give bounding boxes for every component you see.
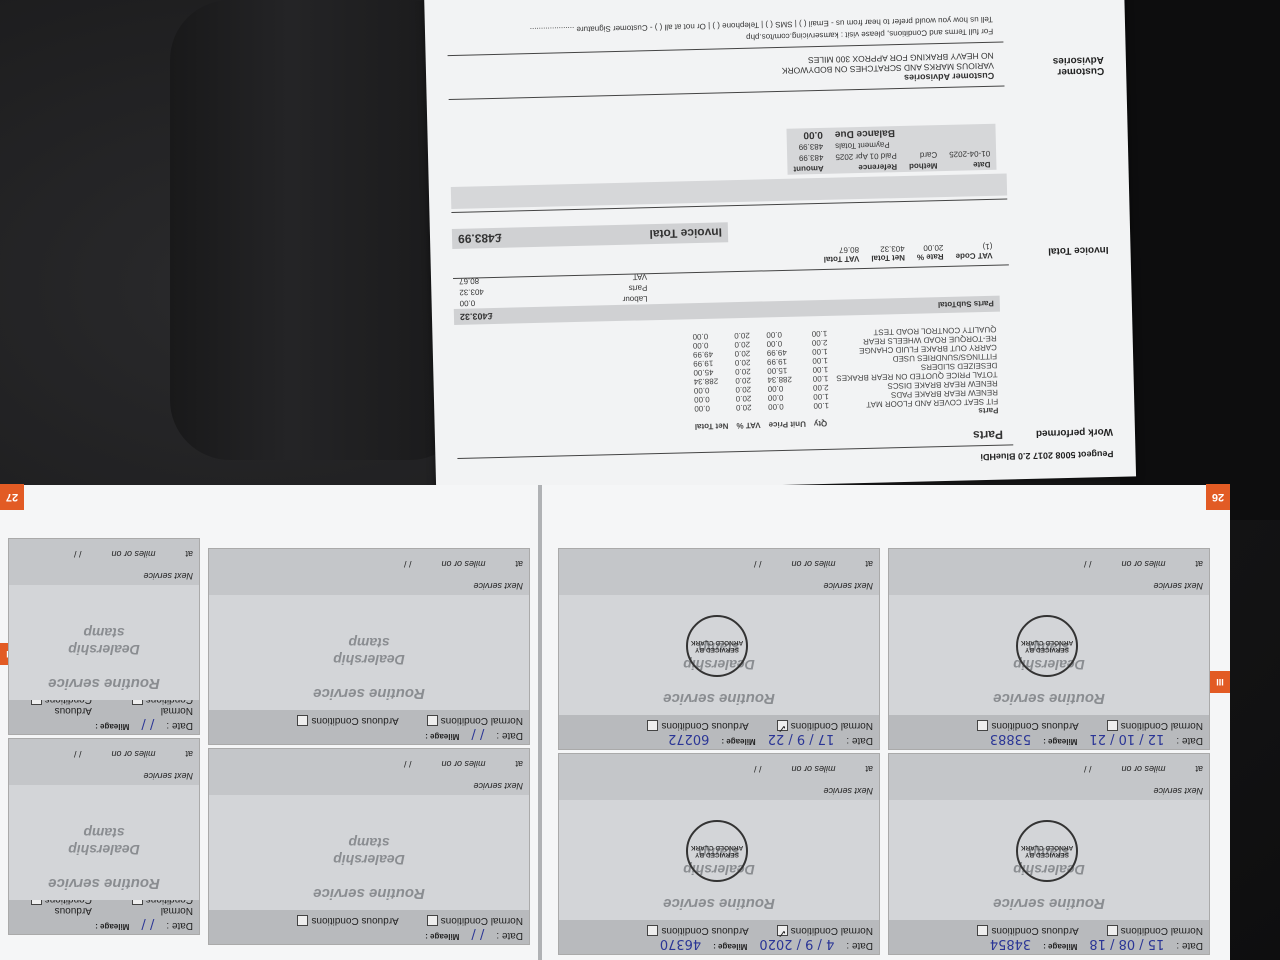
date-field[interactable]: / / bbox=[141, 716, 154, 731]
parts-cell-vat: 20.0 bbox=[731, 366, 763, 376]
record-date-mileage-line: Date :/ /Mileage : bbox=[215, 926, 523, 941]
date-label: Date : bbox=[496, 926, 523, 941]
payment-col-header: Date bbox=[943, 159, 996, 171]
arduous-conditions: Arduous Conditions bbox=[647, 925, 748, 936]
record-header: Date :4 / 9 / 2020Mileage :46370Normal C… bbox=[559, 920, 879, 954]
record-date-mileage-line: Date :15 / 08 / 18Mileage :34854 bbox=[895, 936, 1203, 951]
normal-conditions-label: Normal Conditions bbox=[791, 720, 873, 731]
parts-subtotal: £403.32 bbox=[460, 311, 493, 322]
next-service-area: Next serviceatmiles or on/ / bbox=[889, 754, 1209, 800]
dealer-stamp: SERVICED BY ARNOLD CLARK bbox=[686, 820, 748, 882]
miles-or-on-label: miles or on bbox=[791, 559, 835, 569]
routine-service-label: Routine service bbox=[209, 685, 529, 702]
dealer-stamp: SERVICED BY ARNOLD CLARK bbox=[686, 615, 748, 677]
stamp-area: Routine serviceDealershipstampSERVICED B… bbox=[889, 595, 1209, 715]
normal-conditions: Normal Conditions bbox=[427, 715, 523, 726]
next-date-slashes: / / bbox=[754, 764, 762, 774]
next-service-line: atmiles or on/ / bbox=[754, 764, 873, 774]
parts-label: Parts bbox=[629, 283, 648, 292]
arduous-conditions-checkbox[interactable] bbox=[297, 915, 308, 926]
invoice-total: £483.99 bbox=[458, 231, 502, 246]
payment-col-header: Reference bbox=[830, 161, 904, 174]
vat-cell: 20.00 bbox=[911, 243, 950, 253]
seat-bolster bbox=[1120, 0, 1280, 520]
stamp-line-1: Dealership bbox=[209, 651, 529, 668]
dealership-stamp-label: Dealershipstamp bbox=[209, 834, 529, 868]
date-label: Date : bbox=[496, 726, 523, 741]
normal-conditions-checkbox[interactable] bbox=[427, 915, 438, 926]
conditions-line: Normal ConditionsArduous Conditions bbox=[565, 720, 873, 731]
stamp-line-2: stamp bbox=[209, 634, 529, 651]
next-service-area: Next serviceatmiles or on/ / bbox=[209, 749, 529, 795]
vat-cell: 80.67 bbox=[817, 245, 865, 255]
parts-cell-vat: 20.0 bbox=[731, 375, 763, 385]
arduous-conditions-label: Arduous Conditions bbox=[991, 720, 1078, 731]
invoice-total-box: Invoice Total £483.99 bbox=[452, 222, 728, 249]
section-marker: III bbox=[1210, 671, 1230, 693]
vat-cell: 403.32 bbox=[865, 244, 911, 254]
date-label: Date : bbox=[1176, 936, 1203, 951]
record-date-mileage-line: Date :/ /Mileage : bbox=[215, 726, 523, 741]
vat-col-header: VAT Total bbox=[818, 254, 866, 264]
normal-conditions-checkbox[interactable] bbox=[1107, 720, 1118, 731]
parts-cell-unit: 19.99 bbox=[763, 356, 809, 366]
routine-service-label: Routine service bbox=[209, 885, 529, 902]
normal-conditions-label: Normal Conditions bbox=[791, 925, 873, 936]
parts-cell-qty: 1.00 bbox=[809, 392, 833, 402]
normal-conditions: Normal Conditions bbox=[777, 925, 873, 936]
parts-cell-qty: 1.00 bbox=[808, 347, 832, 357]
labour-label: Labour bbox=[623, 294, 648, 304]
parts-cell-vat: 20.0 bbox=[731, 357, 763, 367]
record-date-mileage-line: Date :12 / 10 / 21Mileage :53883 bbox=[895, 731, 1203, 746]
miles-or-on-label: miles or on bbox=[1121, 559, 1165, 569]
arduous-conditions-checkbox[interactable] bbox=[297, 715, 308, 726]
mileage-label: Mileage : bbox=[721, 731, 755, 746]
record-header: Date :12 / 10 / 21Mileage :53883Normal C… bbox=[889, 715, 1209, 749]
next-service-label: Next service bbox=[823, 786, 873, 796]
parts-cell-qty: 1.00 bbox=[808, 365, 832, 375]
record-date-mileage-line: Date :4 / 9 / 2020Mileage :46370 bbox=[565, 936, 873, 951]
stamp-line-1: Dealership bbox=[9, 641, 199, 658]
routine-service-label: Routine service bbox=[9, 675, 199, 692]
normal-conditions-checkbox[interactable] bbox=[777, 925, 788, 936]
mileage-label: Mileage : bbox=[95, 716, 129, 731]
at-label: at bbox=[865, 764, 873, 774]
next-service-area: Next serviceatmiles or on/ / bbox=[559, 754, 879, 800]
payment-col-header: Amount bbox=[787, 163, 829, 175]
parts-cell-unit: 0.00 bbox=[762, 329, 808, 339]
next-service-label: Next service bbox=[473, 781, 523, 791]
arduous-conditions-checkbox[interactable] bbox=[977, 720, 988, 731]
stamp-area: Routine serviceDealershipstampSERVICED B… bbox=[559, 800, 879, 920]
next-date-slashes: / / bbox=[1084, 559, 1092, 569]
next-service-line: atmiles or on/ / bbox=[404, 759, 523, 769]
stamp-area: Routine serviceDealershipstampSERVICED B… bbox=[559, 595, 879, 715]
next-service-area: Next serviceatmiles or on/ / bbox=[9, 539, 199, 585]
normal-conditions-checkbox[interactable] bbox=[777, 720, 788, 731]
normal-conditions-label: Normal Conditions bbox=[1121, 720, 1203, 731]
stamp-line-2: stamp bbox=[9, 624, 199, 641]
payment-cell: Card bbox=[903, 149, 944, 161]
normal-conditions: Normal Conditions bbox=[777, 720, 873, 731]
next-service-label: Next service bbox=[1153, 786, 1203, 796]
parts-cell-unit: 0.00 bbox=[764, 383, 810, 393]
record-header: Date :17 / 9 / 22Mileage :60272Normal Co… bbox=[559, 715, 879, 749]
parts-cell-unit: 288.34 bbox=[763, 374, 809, 384]
normal-conditions-label: Normal Conditions bbox=[441, 715, 523, 726]
arduous-conditions-label: Arduous Conditions bbox=[311, 915, 398, 926]
miles-or-on-label: miles or on bbox=[111, 549, 155, 559]
parts-cell-qty: 1.00 bbox=[809, 401, 833, 411]
normal-conditions-label: Normal Conditions bbox=[441, 915, 523, 926]
dealer-stamp: SERVICED BY ARNOLD CLARK bbox=[1016, 615, 1078, 677]
next-date-slashes: / / bbox=[1084, 764, 1092, 774]
service-invoice: Peugeot 5008 2017 2.0 BlueHDi Work perfo… bbox=[424, 0, 1136, 493]
arduous-conditions: Arduous Conditions bbox=[977, 720, 1078, 731]
dealership-stamp-label: Dealershipstamp bbox=[209, 634, 529, 668]
vat-table: VAT CodeRate %Net TotalVAT Total (1)20.0… bbox=[817, 242, 998, 264]
next-service-line: atmiles or on/ / bbox=[404, 559, 523, 569]
parts-cell-unit: 0.00 bbox=[764, 401, 810, 411]
parts-cell-vat: 20.0 bbox=[732, 393, 764, 403]
service-record-entry: Date :/ /Mileage :Normal ConditionsArduo… bbox=[208, 748, 530, 945]
next-service-area: Next serviceatmiles or on/ / bbox=[889, 549, 1209, 595]
date-label: Date : bbox=[166, 916, 193, 931]
parts-cell-unit: 0.00 bbox=[764, 392, 810, 402]
page-number-27: 27 bbox=[0, 484, 24, 510]
service-record-entry: Date :/ /Mileage :Normal ConditionsArduo… bbox=[8, 738, 200, 935]
record-date-mileage-line: Date :/ /Mileage : bbox=[15, 716, 193, 731]
next-service-area: Next serviceatmiles or on/ / bbox=[209, 549, 529, 595]
conditions-line: Normal ConditionsArduous Conditions bbox=[565, 925, 873, 936]
at-label: at bbox=[1195, 559, 1203, 569]
record-header: Date :/ /Mileage :Normal ConditionsArduo… bbox=[9, 900, 199, 934]
parts-cell-vat: 20.0 bbox=[731, 348, 763, 358]
service-record-entry: Date :12 / 10 / 21Mileage :53883Normal C… bbox=[888, 548, 1210, 750]
parts-cell-net: 19.99 bbox=[689, 358, 731, 368]
conditions-line: Normal ConditionsArduous Conditions bbox=[215, 915, 523, 926]
next-date-slashes: / / bbox=[754, 559, 762, 569]
page-number-26: 26 bbox=[1206, 484, 1230, 510]
next-service-area: Next serviceatmiles or on/ / bbox=[559, 549, 879, 595]
next-service-label: Next service bbox=[823, 581, 873, 591]
invoice-total-label: Invoice Total bbox=[649, 225, 722, 241]
parts-cell-net: 0.00 bbox=[690, 385, 732, 395]
stamp-area: Routine serviceDealershipstamp bbox=[209, 595, 529, 710]
date-field[interactable]: 15 / 08 / 18 bbox=[1089, 936, 1164, 951]
work-performed-label: Work performed bbox=[1023, 426, 1113, 439]
arduous-conditions: Arduous Conditions bbox=[297, 915, 398, 926]
dealership-stamp-label: Dealershipstamp bbox=[9, 824, 199, 858]
at-label: at bbox=[865, 559, 873, 569]
vat-col-header: Net Total bbox=[865, 253, 911, 263]
record-header: Date :/ /Mileage :Normal ConditionsArduo… bbox=[209, 710, 529, 744]
record-header: Date :15 / 08 / 18Mileage :34854Normal C… bbox=[889, 920, 1209, 954]
miles-or-on-label: miles or on bbox=[111, 749, 155, 759]
invoice-total-section-label: Invoice Total bbox=[1018, 244, 1108, 257]
stamp-area: Routine serviceDealershipstamp bbox=[9, 785, 199, 900]
mileage-field[interactable]: 46370 bbox=[660, 936, 701, 951]
record-date-mileage-line: Date :/ /Mileage : bbox=[15, 916, 193, 931]
service-record-book: 26 III SERVICE RECORD 27 III Date :15 / … bbox=[0, 465, 1230, 960]
parts-cell-net: 0.00 bbox=[690, 394, 732, 404]
service-record-entry: Date :17 / 9 / 22Mileage :60272Normal Co… bbox=[558, 548, 880, 750]
mileage-label: Mileage : bbox=[1043, 936, 1077, 951]
miles-or-on-label: miles or on bbox=[791, 764, 835, 774]
service-record-entry: Date :4 / 9 / 2020Mileage :46370Normal C… bbox=[558, 753, 880, 955]
date-field[interactable]: / / bbox=[141, 916, 154, 931]
parts-col-header: Net Total bbox=[691, 421, 733, 431]
at-label: at bbox=[1195, 764, 1203, 774]
arduous-conditions: Arduous Conditions bbox=[297, 715, 398, 726]
mileage-label: Mileage : bbox=[95, 916, 129, 931]
date-field[interactable]: / / bbox=[471, 926, 484, 941]
arduous-conditions-checkbox[interactable] bbox=[977, 925, 988, 936]
normal-conditions-checkbox[interactable] bbox=[427, 715, 438, 726]
parts-subtotal-label: Parts SubTotal bbox=[938, 299, 994, 309]
payment-cell: Paid 01 Apr 2025 bbox=[829, 150, 903, 163]
parts-cell-qty: 2.00 bbox=[809, 383, 833, 393]
next-date-slashes: / / bbox=[74, 549, 82, 559]
balance-due: 0.00 bbox=[786, 128, 829, 142]
next-service-label: Next service bbox=[143, 571, 193, 581]
advisories-block: Customer Advisories VARIOUS MARKS AND SC… bbox=[781, 51, 994, 86]
advisories-section-label: Customer Advisories bbox=[1014, 54, 1105, 78]
arduous-conditions: Arduous Conditions bbox=[977, 925, 1078, 936]
service-record-entry: Date :15 / 08 / 18Mileage :34854Normal C… bbox=[888, 753, 1210, 955]
next-date-slashes: / / bbox=[404, 759, 412, 769]
parts-cell-net: 0.00 bbox=[688, 331, 730, 341]
conditions-line: Normal ConditionsArduous Conditions bbox=[215, 715, 523, 726]
date-field[interactable]: 4 / 9 / 2020 bbox=[759, 936, 834, 951]
parts-heading: Parts bbox=[973, 428, 1003, 443]
mileage-label: Mileage : bbox=[425, 726, 459, 741]
arduous-conditions-label: Arduous Conditions bbox=[991, 925, 1078, 936]
miles-or-on-label: miles or on bbox=[1121, 764, 1165, 774]
normal-conditions: Normal Conditions bbox=[1107, 720, 1203, 731]
stamp-line-2: stamp bbox=[209, 834, 529, 851]
next-service-label: Next service bbox=[143, 771, 193, 781]
payment-cell: 01-04-2025 bbox=[943, 148, 996, 160]
parts-col-header: Qty bbox=[810, 419, 834, 429]
arduous-conditions-label: Arduous Conditions bbox=[311, 715, 398, 726]
routine-service-label: Routine service bbox=[559, 895, 879, 912]
at-label: at bbox=[185, 549, 193, 559]
mileage-field[interactable]: 53883 bbox=[990, 731, 1031, 746]
arduous-conditions-label: Arduous Conditions bbox=[661, 925, 748, 936]
parts-value: 403.32 bbox=[459, 287, 484, 297]
parts-cell-unit: 49.99 bbox=[763, 347, 809, 357]
record-header: Date :/ /Mileage :Normal ConditionsArduo… bbox=[209, 910, 529, 944]
service-record-entry: Date :/ /Mileage :Normal ConditionsArduo… bbox=[208, 548, 530, 745]
payment-col-header: Method bbox=[903, 160, 944, 172]
record-date-mileage-line: Date :17 / 9 / 22Mileage :60272 bbox=[565, 731, 873, 746]
dealership-stamp-label: Dealershipstamp bbox=[9, 624, 199, 658]
vat-col-header: VAT Code bbox=[949, 251, 998, 261]
mileage-field[interactable]: 60272 bbox=[668, 731, 709, 746]
service-record-entry: Date :/ /Mileage :Normal ConditionsArduo… bbox=[8, 538, 200, 735]
arduous-conditions: Arduous Conditions bbox=[647, 720, 748, 731]
normal-conditions: Normal Conditions bbox=[427, 915, 523, 926]
parts-cell-net: 45.00 bbox=[689, 367, 731, 377]
parts-cell-qty: 1.00 bbox=[808, 356, 832, 366]
date-label: Date : bbox=[1176, 731, 1203, 746]
dealer-stamp: SERVICED BY ARNOLD CLARK bbox=[1016, 820, 1078, 882]
parts-cell-qty: 2.00 bbox=[808, 338, 832, 348]
labour-value: 0.00 bbox=[460, 298, 476, 307]
next-service-label: Next service bbox=[473, 581, 523, 591]
parts-col-header: VAT % bbox=[732, 420, 764, 430]
mileage-field[interactable]: 34854 bbox=[990, 936, 1031, 951]
stamp-area: Routine serviceDealershipstamp bbox=[9, 585, 199, 700]
routine-service-label: Routine service bbox=[889, 690, 1209, 707]
at-label: at bbox=[185, 749, 193, 759]
parts-cell-vat: 20.0 bbox=[732, 402, 764, 412]
date-label: Date : bbox=[846, 731, 873, 746]
date-field[interactable]: 12 / 10 / 21 bbox=[1089, 731, 1164, 746]
parts-cell-vat: 20.0 bbox=[731, 384, 763, 394]
next-service-area: Next serviceatmiles or on/ / bbox=[9, 739, 199, 785]
payment-totals: 483.99 bbox=[787, 141, 829, 153]
parts-cell-vat: 20.0 bbox=[730, 330, 762, 340]
at-label: at bbox=[515, 759, 523, 769]
normal-conditions-checkbox[interactable] bbox=[1107, 925, 1118, 936]
arduous-conditions-checkbox[interactable] bbox=[647, 925, 658, 936]
parts-cell-unit: 15.00 bbox=[763, 365, 809, 375]
stamp-area: Routine serviceDealershipstampSERVICED B… bbox=[889, 800, 1209, 920]
parts-cell-net: 0.00 bbox=[690, 403, 732, 413]
next-service-line: atmiles or on/ / bbox=[754, 559, 873, 569]
arduous-conditions-label: Arduous Conditions bbox=[661, 720, 748, 731]
next-service-label: Next service bbox=[1153, 581, 1203, 591]
mileage-label: Mileage : bbox=[425, 926, 459, 941]
parts-col-header: Unit Price bbox=[764, 419, 810, 429]
arduous-conditions-checkbox[interactable] bbox=[647, 720, 658, 731]
miles-or-on-label: miles or on bbox=[441, 759, 485, 769]
parts-cell-vat: 20.0 bbox=[730, 339, 762, 349]
stamp-area: Routine serviceDealershipstamp bbox=[209, 795, 529, 910]
routine-service-label: Routine service bbox=[559, 690, 879, 707]
date-label: Date : bbox=[166, 716, 193, 731]
routine-service-label: Routine service bbox=[889, 895, 1209, 912]
conditions-line: Normal ConditionsArduous Conditions bbox=[895, 925, 1203, 936]
record-header: Date :/ /Mileage :Normal ConditionsArduo… bbox=[9, 700, 199, 734]
date-field[interactable]: / / bbox=[471, 726, 484, 741]
vat-col-header: Rate % bbox=[911, 252, 950, 262]
stamp-line-2: stamp bbox=[9, 824, 199, 841]
parts-cell-qty: 1.00 bbox=[809, 374, 833, 384]
normal-conditions: Normal Conditions bbox=[1107, 925, 1203, 936]
stamp-line-1: Dealership bbox=[209, 851, 529, 868]
next-service-line: atmiles or on/ / bbox=[74, 549, 193, 559]
payments-table: DateMethodReferenceAmount 01-04-2025Card… bbox=[786, 124, 996, 175]
normal-conditions-label: Normal Conditions bbox=[1121, 925, 1203, 936]
parts-cell-net: 49.99 bbox=[689, 349, 731, 359]
parts-cell-net: 288.34 bbox=[690, 376, 732, 386]
next-service-line: atmiles or on/ / bbox=[74, 749, 193, 759]
next-service-line: atmiles or on/ / bbox=[1084, 559, 1203, 569]
mileage-label: Mileage : bbox=[1043, 731, 1077, 746]
mileage-label: Mileage : bbox=[713, 936, 747, 951]
next-date-slashes: / / bbox=[404, 559, 412, 569]
miles-or-on-label: miles or on bbox=[441, 559, 485, 569]
book-spine bbox=[538, 485, 542, 960]
routine-service-label: Routine service bbox=[9, 875, 199, 892]
date-label: Date : bbox=[846, 936, 873, 951]
stamp-line-1: Dealership bbox=[9, 841, 199, 858]
parts-cell-qty: 1.00 bbox=[808, 329, 832, 339]
next-service-line: atmiles or on/ / bbox=[1084, 764, 1203, 774]
payment-cell: 483.99 bbox=[787, 152, 829, 164]
parts-table: QtyUnit PriceVAT %Net Total PartsFIT SEA… bbox=[688, 325, 1002, 432]
next-date-slashes: / / bbox=[74, 749, 82, 759]
at-label: at bbox=[515, 559, 523, 569]
conditions-line: Normal ConditionsArduous Conditions bbox=[895, 720, 1203, 731]
